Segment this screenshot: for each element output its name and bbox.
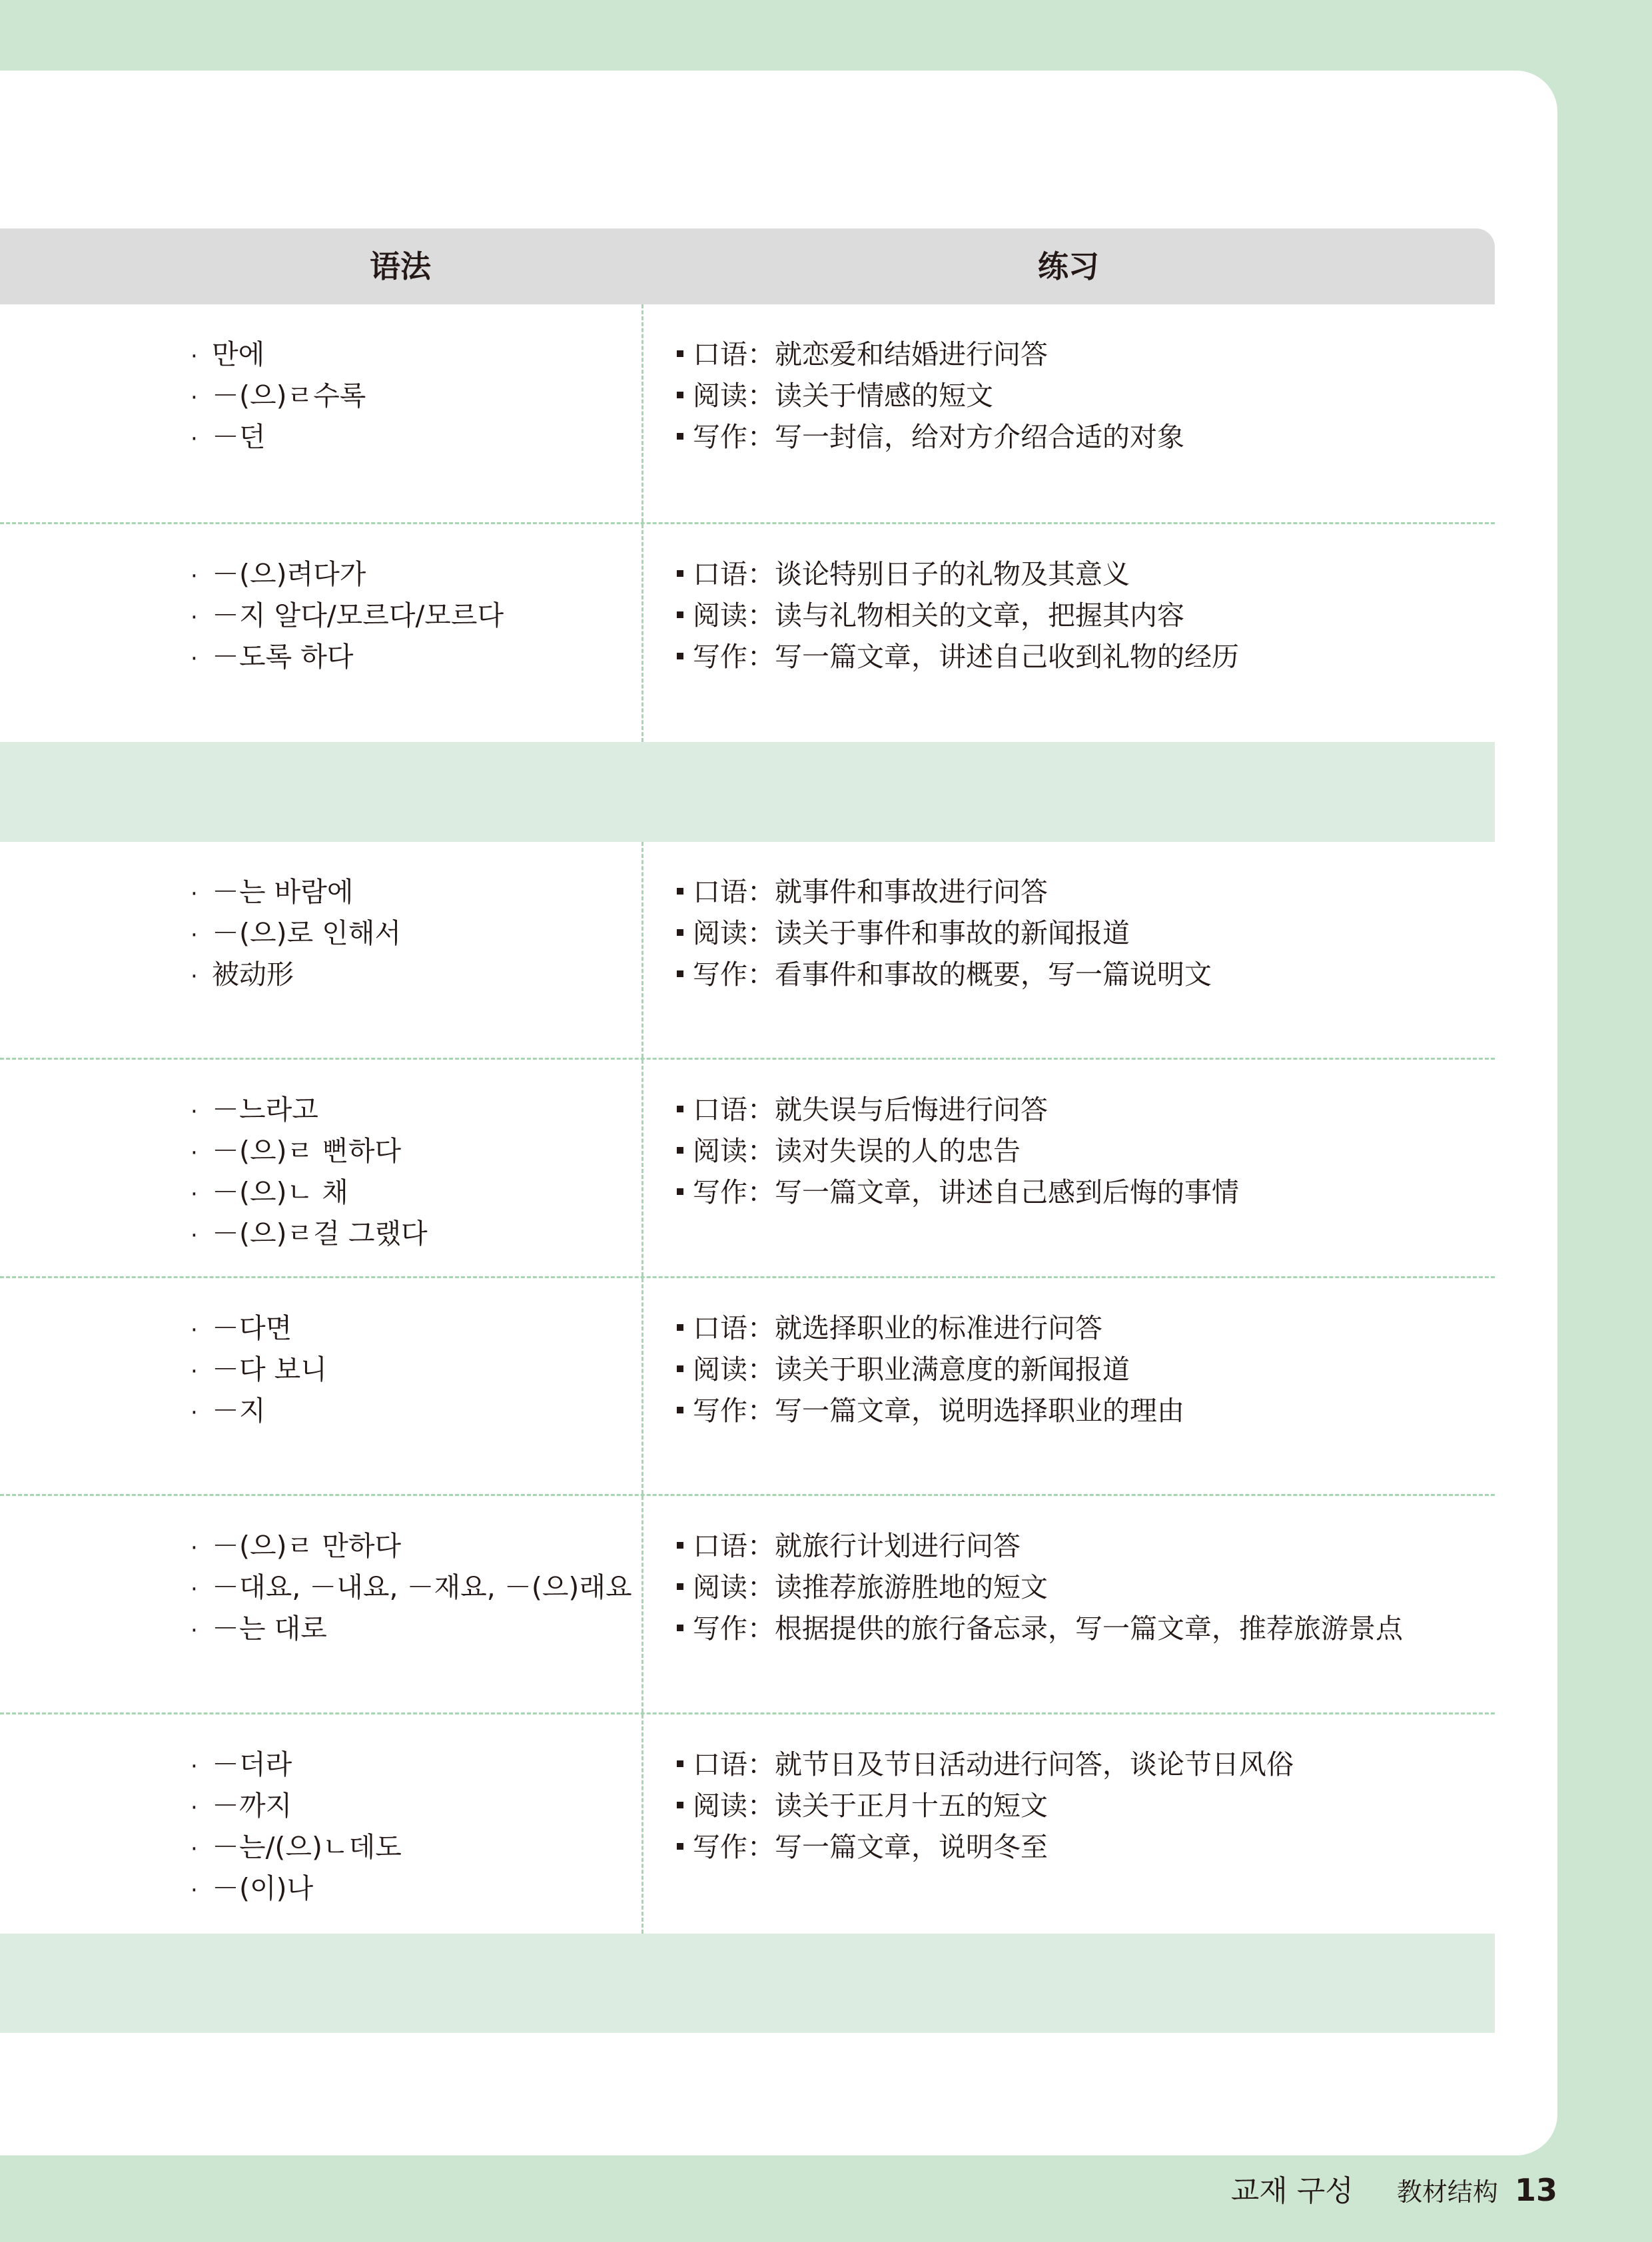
grammar-item: ·－(이)나 (191, 1868, 402, 1909)
practice-item: 阅读：读推荐旅游胜地的短文 (677, 1567, 1403, 1608)
grammar-item: ·－더라 (191, 1744, 402, 1785)
square-bullet-icon (677, 1583, 683, 1590)
practice-item: 口语：就旅行计划进行问答 (677, 1525, 1403, 1567)
practice-cell: 口语：谈论特别日子的礼物及其意义 阅读：读与礼物相关的文章，把握其内容 写作：写… (677, 554, 1239, 677)
square-bullet-icon (677, 1147, 683, 1154)
square-bullet-icon (677, 1365, 683, 1372)
practice-item: 阅读：读对失误的人的忠告 (677, 1130, 1239, 1172)
practice-cell: 口语：就事件和事故进行问答 阅读：读关于事件和事故的新闻报道 写作：看事件和事故… (677, 871, 1212, 995)
column-divider (641, 1278, 643, 1494)
grammar-item: ·－다면 (191, 1308, 327, 1349)
table-row: ·만에 ·－(으)ㄹ수록 ·－던 口语：就恋爱和结婚进行问答 阅读：读关于情感的… (0, 304, 1495, 524)
dot-bullet-icon: · (191, 556, 212, 597)
practice-item: 写作：写一篇文章，说明冬至 (677, 1826, 1294, 1868)
practice-item: 阅读：读与礼物相关的文章，把握其内容 (677, 595, 1239, 636)
square-bullet-icon (677, 433, 683, 440)
table-row: ·－느라고 ·－(으)ㄹ 뻔하다 ·－(으)ㄴ 채 ·－(으)ㄹ걸 그랬다 口语… (0, 1060, 1495, 1278)
grammar-item: ·－지 (191, 1390, 327, 1431)
square-bullet-icon (677, 970, 683, 977)
grammar-item: ·－(으)려다가 (191, 554, 504, 595)
practice-item: 写作：写一篇文章，说明选择职业的理由 (677, 1390, 1184, 1431)
practice-item: 口语：就节日及节日活动进行问答，谈论节日风俗 (677, 1744, 1294, 1785)
grammar-item: ·－느라고 (191, 1089, 428, 1130)
grammar-item: ·被动形 (191, 954, 401, 995)
dot-bullet-icon: · (191, 1569, 212, 1610)
practice-item: 阅读：读关于情感的短文 (677, 375, 1184, 416)
dot-bullet-icon: · (191, 1132, 212, 1174)
footer-section-chinese: 教材结构 (1397, 2177, 1498, 2207)
grammar-cell: ·－는 바람에 ·－(으)로 인해서 ·被动形 (191, 871, 401, 995)
grammar-item: ·－도록 하다 (191, 636, 504, 677)
practice-item: 阅读：读关于职业满意度的新闻报道 (677, 1349, 1184, 1390)
dot-bullet-icon: · (191, 1787, 212, 1828)
square-bullet-icon (677, 1542, 683, 1549)
square-bullet-icon (677, 1188, 683, 1195)
table-header: 语法 练习 (0, 228, 1495, 304)
page-number: 13 (1515, 2172, 1557, 2208)
column-divider (641, 1496, 643, 1712)
dot-bullet-icon: · (191, 1215, 212, 1256)
dot-bullet-icon: · (191, 1610, 212, 1651)
dot-bullet-icon: · (191, 1527, 212, 1569)
grammar-cell: ·－더라 ·－까지 ·－는/(으)ㄴ데도 ·－(이)나 (191, 1744, 402, 1909)
square-bullet-icon (677, 929, 683, 936)
grammar-item: ·－(으)ㄹ 뻔하다 (191, 1130, 428, 1172)
square-bullet-icon (677, 1802, 683, 1808)
practice-cell: 口语：就旅行计划进行问答 阅读：读推荐旅游胜地的短文 写作：根据提供的旅行备忘录… (677, 1525, 1403, 1649)
square-bullet-icon (677, 1106, 683, 1112)
dot-bullet-icon: · (191, 915, 212, 956)
table-row: ·－다면 ·－다 보니 ·－지 口语：就选择职业的标准进行问答 阅读：读关于职业… (0, 1278, 1495, 1496)
practice-cell: 口语：就失误与后悔进行问答 阅读：读对失误的人的忠告 写作：写一篇文章，讲述自己… (677, 1089, 1239, 1213)
column-divider (641, 1060, 643, 1276)
grammar-cell: ·－(으)ㄹ 만하다 ·－대요, －내요, －재요, －(으)래요 ·－는 대로 (191, 1525, 632, 1649)
square-bullet-icon (677, 611, 683, 618)
table-row: ·－는 바람에 ·－(으)로 인해서 ·被动形 口语：就事件和事故进行问答 阅读… (0, 842, 1495, 1060)
grammar-item: ·－(으)ㄹ 만하다 (191, 1525, 632, 1567)
grammar-cell: ·－느라고 ·－(으)ㄹ 뻔하다 ·－(으)ㄴ 채 ·－(으)ㄹ걸 그랬다 (191, 1089, 428, 1254)
practice-item: 写作：看事件和事故的概要，写一篇说明文 (677, 954, 1212, 995)
square-bullet-icon (677, 1324, 683, 1331)
grammar-item: ·－까지 (191, 1785, 402, 1826)
square-bullet-icon (677, 392, 683, 398)
dot-bullet-icon: · (191, 1174, 212, 1215)
dot-bullet-icon: · (191, 1392, 212, 1433)
column-divider (641, 842, 643, 1058)
grammar-item: ·－(으)ㄹ수록 (191, 375, 366, 416)
practice-cell: 口语：就选择职业的标准进行问答 阅读：读关于职业满意度的新闻报道 写作：写一篇文… (677, 1308, 1184, 1431)
practice-item: 口语：就选择职业的标准进行问答 (677, 1308, 1184, 1349)
practice-item: 阅读：读关于事件和事故的新闻报道 (677, 913, 1212, 954)
dot-bullet-icon: · (191, 956, 212, 997)
practice-item: 写作：写一封信，给对方介绍合适的对象 (677, 416, 1184, 458)
square-bullet-icon (677, 1407, 683, 1413)
grammar-item: ·만에 (191, 334, 366, 375)
column-divider (641, 304, 643, 522)
dot-bullet-icon: · (191, 597, 212, 638)
grammar-item: ·－(으)로 인해서 (191, 913, 401, 954)
dot-bullet-icon: · (191, 1309, 212, 1351)
practice-item: 口语：就恋爱和结婚进行问答 (677, 334, 1184, 375)
page-footer: 교재 구성 教材结构 13 (1231, 2170, 1557, 2210)
header-grammar: 语法 (0, 228, 642, 304)
table-row: ·－더라 ·－까지 ·－는/(으)ㄴ데도 ·－(이)나 口语：就节日及节日活动进… (0, 1714, 1495, 1934)
square-bullet-icon (677, 350, 683, 357)
dot-bullet-icon: · (191, 1746, 212, 1787)
dot-bullet-icon: · (191, 336, 212, 377)
square-bullet-icon (677, 653, 683, 659)
curriculum-table: 语法 练习 ·만에 ·－(으)ㄹ수록 ·－던 口语：就恋爱和结婚进行问答 阅读：… (0, 228, 1495, 2033)
grammar-item: ·－는/(으)ㄴ데도 (191, 1826, 402, 1868)
column-divider (641, 524, 643, 742)
grammar-item: ·－다 보니 (191, 1349, 327, 1390)
section-band (0, 1934, 1495, 2033)
grammar-item: ·－지 알다/모르다/모르다 (191, 595, 504, 636)
grammar-item: ·－는 대로 (191, 1608, 632, 1649)
dot-bullet-icon: · (191, 1091, 212, 1132)
practice-item: 阅读：读关于正月十五的短文 (677, 1785, 1294, 1826)
practice-cell: 口语：就恋爱和结婚进行问答 阅读：读关于情感的短文 写作：写一封信，给对方介绍合… (677, 334, 1184, 458)
square-bullet-icon (677, 1760, 683, 1767)
practice-item: 口语：就事件和事故进行问答 (677, 871, 1212, 913)
practice-item: 写作：根据提供的旅行备忘录，写一篇文章，推荐旅游景点 (677, 1608, 1403, 1649)
practice-item: 口语：就失误与后悔进行问答 (677, 1089, 1239, 1130)
header-practice: 练习 (642, 228, 1495, 304)
table-row: ·－(으)려다가 ·－지 알다/모르다/모르다 ·－도록 하다 口语：谈论特别日… (0, 524, 1495, 742)
square-bullet-icon (677, 1625, 683, 1631)
table-row: ·－(으)ㄹ 만하다 ·－대요, －내요, －재요, －(으)래요 ·－는 대로… (0, 1496, 1495, 1714)
dot-bullet-icon: · (191, 1828, 212, 1870)
practice-item: 写作：写一篇文章，讲述自己收到礼物的经历 (677, 636, 1239, 677)
practice-item: 口语：谈论特别日子的礼物及其意义 (677, 554, 1239, 595)
practice-cell: 口语：就节日及节日活动进行问答，谈论节日风俗 阅读：读关于正月十五的短文 写作：… (677, 1744, 1294, 1868)
dot-bullet-icon: · (191, 1870, 212, 1911)
dot-bullet-icon: · (191, 638, 212, 679)
dot-bullet-icon: · (191, 418, 212, 460)
footer-section-korean: 교재 구성 (1231, 2174, 1354, 2208)
grammar-cell: ·－다면 ·－다 보니 ·－지 (191, 1308, 327, 1431)
dot-bullet-icon: · (191, 1351, 212, 1392)
grammar-cell: ·만에 ·－(으)ㄹ수록 ·－던 (191, 334, 366, 458)
square-bullet-icon (677, 1843, 683, 1850)
section-band (0, 742, 1495, 842)
practice-item: 写作：写一篇文章，讲述自己感到后悔的事情 (677, 1172, 1239, 1213)
grammar-item: ·－는 바람에 (191, 871, 401, 913)
square-bullet-icon (677, 888, 683, 895)
grammar-item: ·－대요, －내요, －재요, －(으)래요 (191, 1567, 632, 1608)
grammar-cell: ·－(으)려다가 ·－지 알다/모르다/모르다 ·－도록 하다 (191, 554, 504, 677)
dot-bullet-icon: · (191, 377, 212, 418)
square-bullet-icon (677, 570, 683, 577)
dot-bullet-icon: · (191, 873, 212, 915)
grammar-item: ·－(으)ㄴ 채 (191, 1172, 428, 1213)
grammar-item: ·－던 (191, 416, 366, 458)
grammar-item: ·－(으)ㄹ걸 그랬다 (191, 1213, 428, 1254)
column-divider (641, 1714, 643, 1934)
